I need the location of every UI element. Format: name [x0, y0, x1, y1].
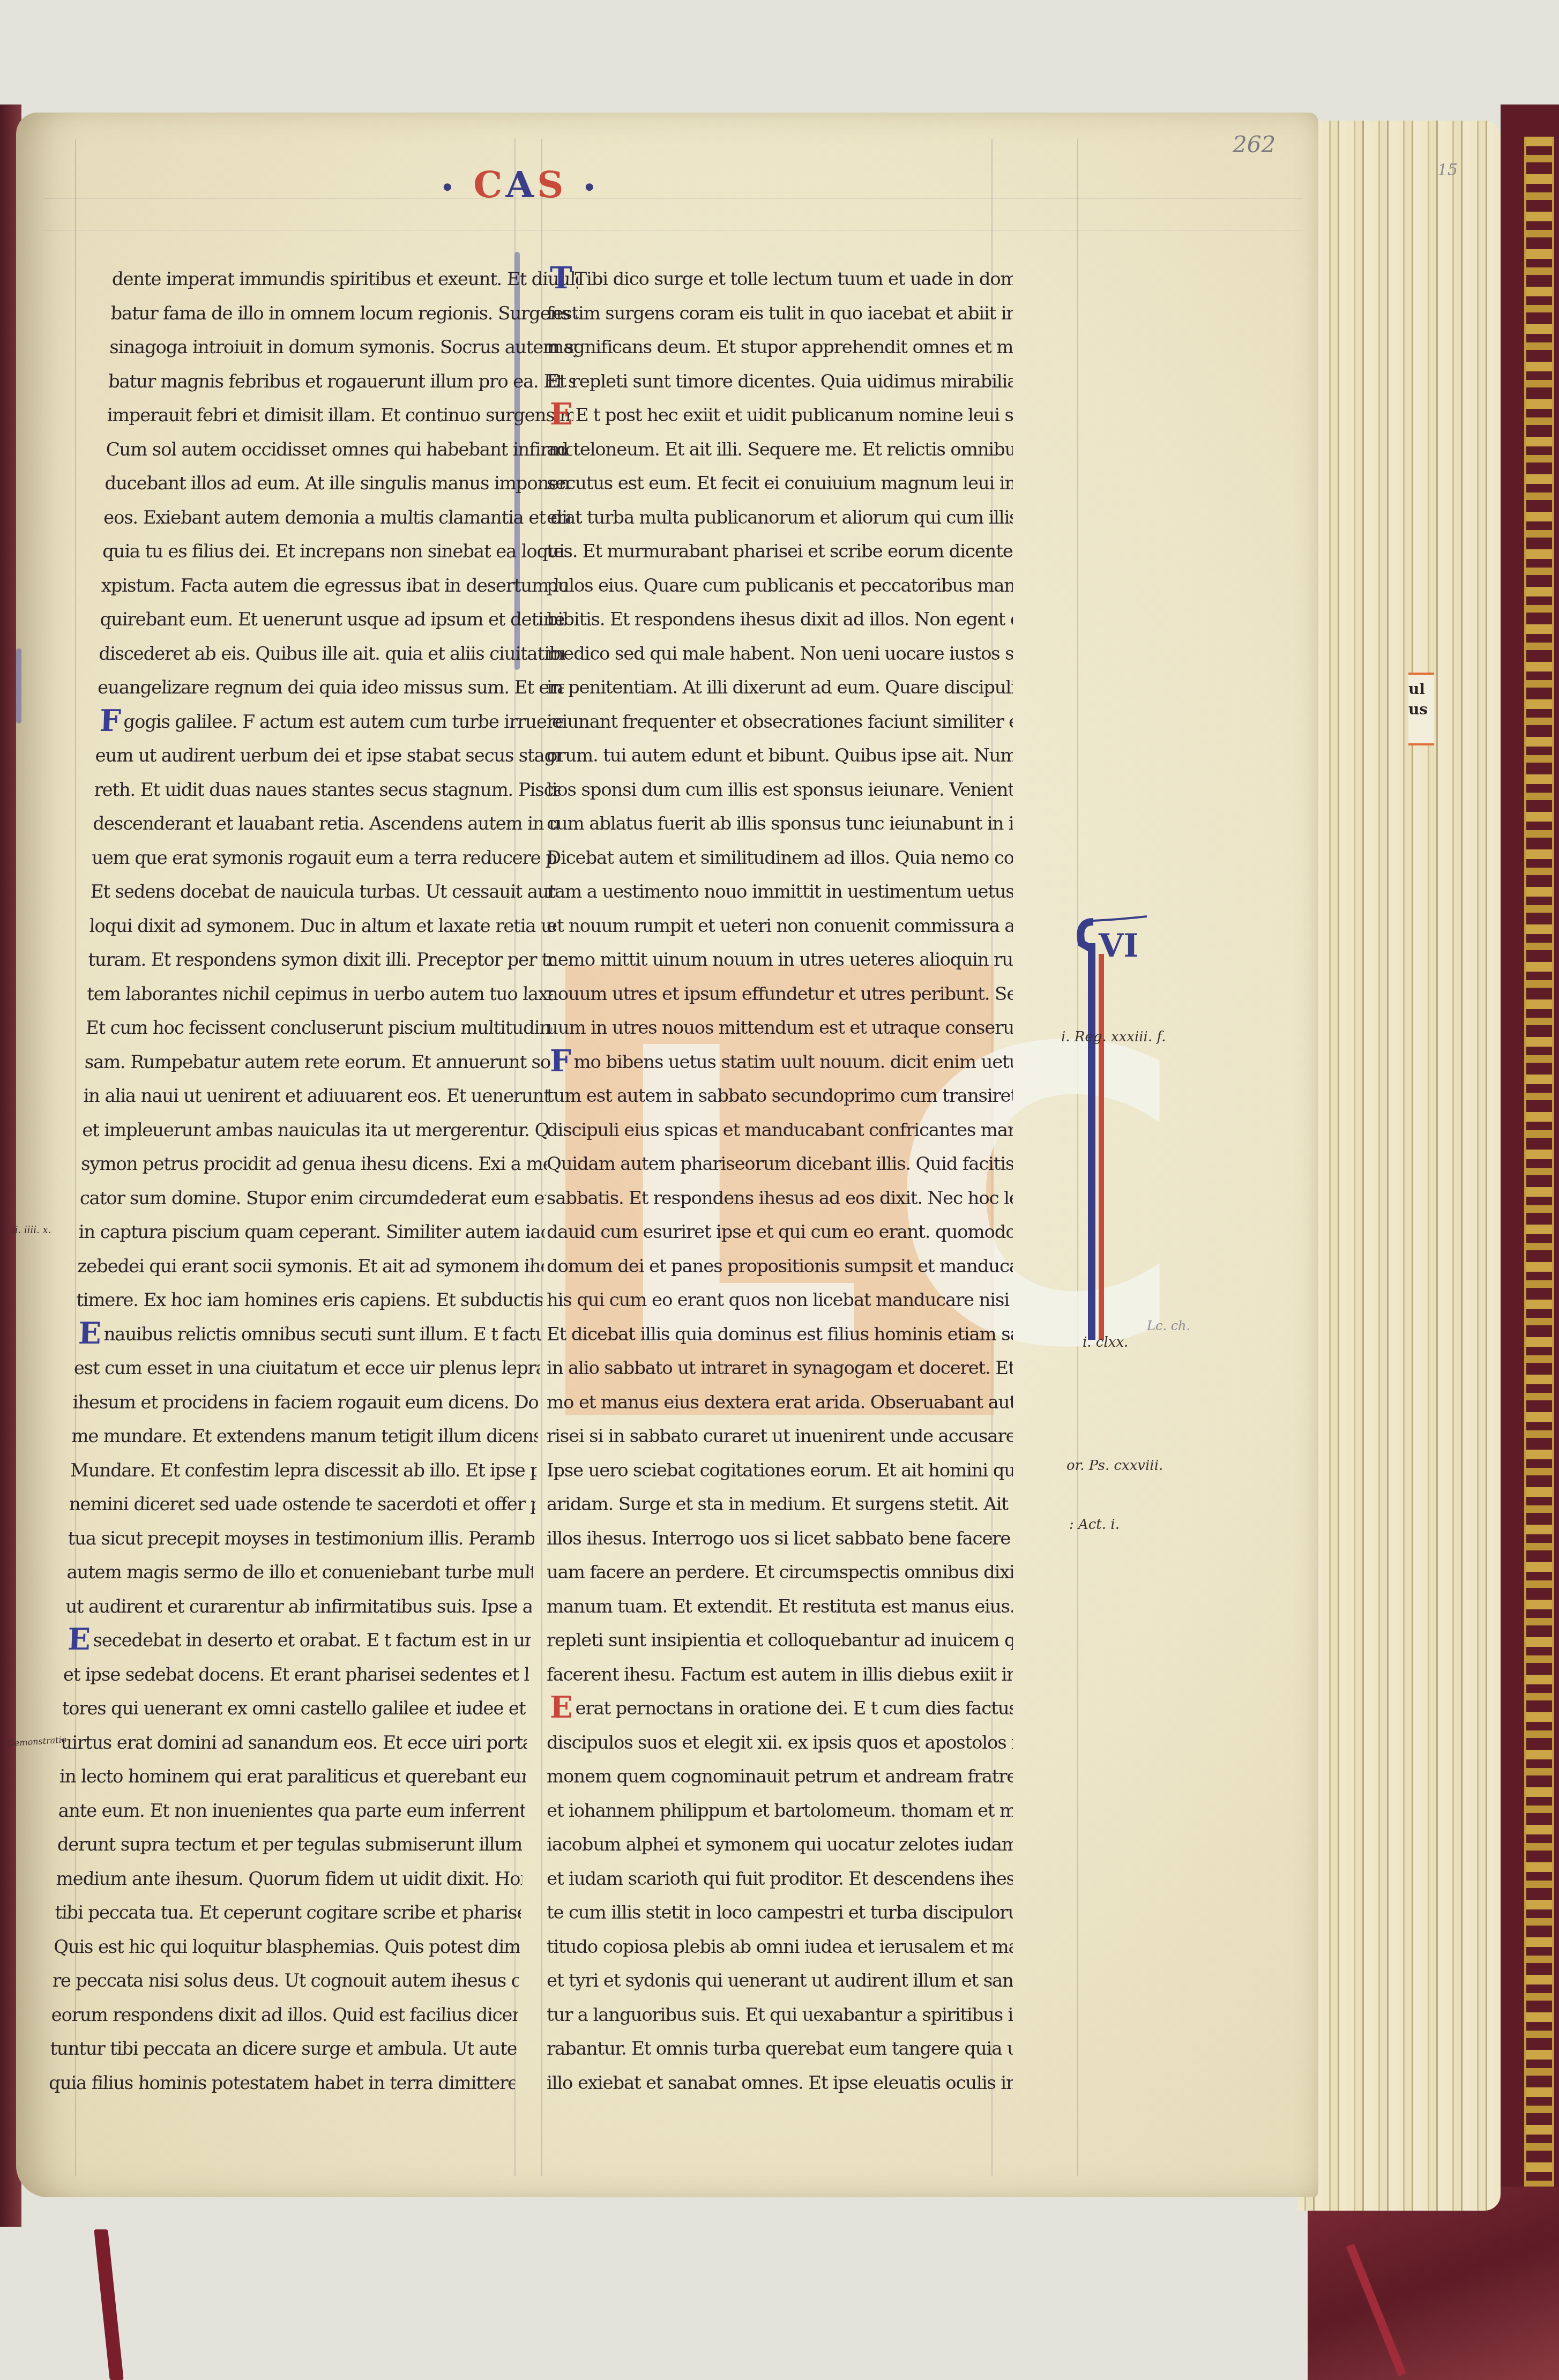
text-line: risei si in sabbato curaret ut inueniren… [547, 1420, 1013, 1454]
text-line-content: quirebant eum. Et uenerunt usque ad ipsu… [100, 609, 567, 630]
text-line: ram a uestimento nouo immittit in uestim… [547, 875, 1013, 909]
text-line-content: tur a languoribus suis. Et qui uexabantu… [547, 2004, 1013, 2026]
text-line-content: Quis est hic qui loquitur blasphemias. Q… [53, 1936, 520, 1958]
text-line-content: in alio sabbato ut intraret in synagogam… [547, 1357, 1013, 1379]
text-line-content: sam. Rumpebatur autem rete eorum. Et ann… [84, 1051, 551, 1073]
text-line-content: in alia naui ut uenirent et adiuuarent e… [83, 1085, 550, 1107]
text-line-content: xpistum. Facta autem die egressus ibat i… [101, 575, 568, 596]
text-line: batur fama de illo in omnem locum region… [110, 297, 577, 331]
text-line-content: eos. Exiebant autem demonia a multis cla… [103, 507, 571, 528]
text-line: aridam. Surge et sta in medium. Et surge… [547, 1488, 1013, 1522]
text-line: Fmo bibens uetus statim uult nouum. dici… [547, 1046, 1013, 1080]
text-line-content: ieiunant frequenter et obsecrationes fac… [547, 711, 1013, 733]
text-line-content: his qui cum eo erant quos non licebat ma… [547, 1289, 1013, 1311]
text-line-content: cator sum domine. Stupor enim circumdede… [79, 1188, 547, 1209]
text-line: et iudam scarioth qui fuit proditor. Et … [547, 1862, 1013, 1897]
text-line-content: ihesum et procidens in faciem rogauit eu… [72, 1392, 540, 1413]
text-line-content: in penitentiam. At illi dixerunt ad eum.… [547, 677, 1013, 698]
text-line: descenderant et lauabant retia. Ascenden… [92, 807, 560, 841]
text-line-content: batur magnis febribus et rogauerunt illu… [108, 371, 575, 392]
running-head-letter: S [537, 163, 566, 206]
text-line: xpistum. Facta autem die egressus ibat i… [101, 569, 568, 603]
text-line: his qui cum eo erant quos non licebat ma… [547, 1284, 1013, 1318]
text-line-content: est cum esset in una ciuitatum et ecce u… [73, 1357, 541, 1379]
text-line: est cum esset in una ciuitatum et ecce u… [73, 1352, 541, 1386]
text-line-content: Dicebat autem et similitudinem ad illos.… [547, 847, 1013, 869]
text-line-content: in captura piscium quam ceperant. Simili… [78, 1221, 546, 1243]
text-line-content: euangelizare regnum dei quia ideo missus… [97, 677, 564, 698]
text-line: dauid cum esuriret ipse et qui cum eo er… [547, 1215, 1013, 1250]
text-line-content: repleti sunt insipientia et colloquebant… [547, 1630, 1013, 1651]
text-line-content: et impleuerunt ambas nauiculas ita ut me… [82, 1120, 549, 1141]
text-line-content: te cum illis stetit in loco campestri et… [547, 1902, 1013, 1923]
text-line: Quis est hic qui loquitur blasphemias. Q… [53, 1930, 520, 1965]
text-line: domum dei et panes propositionis sumpsit… [547, 1250, 1013, 1284]
text-line-content: illo exiebat et sanabat omnes. Et ipse e… [547, 2072, 1013, 2094]
ruling-line [43, 230, 1302, 231]
text-line: turam. Et respondens symon dixit illi. P… [87, 943, 555, 978]
text-line: te cum illis stetit in loco campestri et… [547, 1896, 1013, 1930]
text-line-content: gogis galilee. F actum est autem cum tur… [123, 711, 563, 733]
book-cover-corner [1308, 2187, 1559, 2380]
text-line: et nouum rumpit et ueteri non conuenit c… [547, 909, 1013, 944]
text-line-content: eum ut audirent uerbum dei et ipse staba… [95, 745, 562, 766]
text-line: mo et manus eius dextera erat arida. Obs… [547, 1386, 1013, 1420]
text-line-content: Cum sol autem occidisset omnes qui habeb… [106, 439, 573, 460]
marginal-gloss: i. clxx. [1083, 1334, 1128, 1351]
text-line: sabbatis. Et respondens ihesus ad eos di… [547, 1182, 1013, 1216]
text-line-content: quia tu es filius dei. Et increpans non … [102, 541, 569, 562]
text-line: nouum utres et ipsum effundetur et utres… [547, 978, 1013, 1012]
text-line: erat turba multa publicanorum et aliorum… [547, 501, 1013, 535]
text-line: Ipse uero sciebat cogitationes eorum. Et… [547, 1454, 1013, 1488]
text-line-content: discederet ab eis. Quibus ille ait. quia… [99, 643, 566, 665]
neighbor-leaf-text-2: us [1408, 699, 1434, 720]
text-line: uum in utres nouos mittendum est et utra… [547, 1011, 1013, 1046]
decorated-initial: E [550, 1692, 572, 1722]
text-line: Esecedebat in deserto et orabat. E t fac… [64, 1624, 531, 1658]
text-line: Quidam autem phariseorum dicebant illis.… [547, 1147, 1013, 1182]
text-line-content: Tibi dico surge et tolle lectum tuum et … [575, 268, 1013, 290]
text-line-content: loqui dixit ad symonem. Duc in altum et … [89, 915, 556, 937]
text-line: Enauibus relictis omnibus secuti sunt il… [74, 1318, 542, 1352]
text-line-content: titudo copiosa plebis ab omni iudea et i… [547, 1936, 1013, 1958]
text-line-content: Mundare. Et confestim lepra discessit ab… [70, 1460, 537, 1481]
text-line-content: timere. Ex hoc iam homines eris capiens.… [76, 1289, 543, 1311]
text-line-content: ad teloneum. Et ait illi. Sequere me. Et… [547, 439, 1013, 460]
running-head-letter: C [473, 163, 505, 206]
text-line-content: ut audirent et curarentur ab infirmitati… [65, 1596, 533, 1617]
text-line-content: mo et manus eius dextera erat arida. Obs… [547, 1392, 1013, 1413]
text-line-content: et nouum rumpit et ueteri non conuenit c… [547, 915, 1013, 937]
text-line: cum ablatus fuerit ab illis sponsus tunc… [547, 807, 1013, 841]
text-line: nemo mittit uinum nouum in utres ueteres… [547, 943, 1013, 978]
gilt-tooling-border [1524, 137, 1554, 2254]
running-head-letter: A [505, 163, 537, 206]
text-line-content: quia filius hominis potestatem habet in … [49, 2072, 516, 2094]
text-line-content: Et repleti sunt timore dicentes. Quia ui… [547, 371, 1013, 392]
text-line: sinagoga introiuit in domum symonis. Soc… [109, 331, 576, 365]
text-line-content: Et sedens docebat de nauicula turbas. Ut… [90, 881, 557, 902]
text-line: Cum sol autem occidisset omnes qui habeb… [106, 433, 573, 467]
text-line: tuntur tibi peccata an dicere surge et a… [49, 2032, 517, 2066]
text-line-content: orum. tui autem edunt et bibunt. Quibus … [547, 745, 1013, 766]
text-line-content: monem quem cognominauit petrum et andrea… [547, 1766, 1013, 1787]
text-line-content: discipulos suos et elegit xii. ex ipsis … [547, 1732, 1013, 1754]
text-line-content: medico sed qui male habent. Non ueni uoc… [547, 643, 1013, 665]
text-line-content: et tyri et sydonis qui uenerant ut audir… [547, 1970, 1013, 1991]
text-line: illos ihesus. Interrogo uos si licet sab… [547, 1522, 1013, 1556]
text-line-content: tua sicut precepit moyses in testimonium… [68, 1528, 535, 1549]
text-line: dente imperat immundis spiritibus et exe… [111, 263, 579, 297]
text-line: ieiunant frequenter et obsecrationes fac… [547, 705, 1013, 740]
text-line: in captura piscium quam ceperant. Simili… [78, 1215, 546, 1250]
decorated-initial: F [550, 1046, 571, 1076]
text-line-content: erat turba multa publicanorum et aliorum… [547, 507, 1013, 528]
text-line: discipulos suos et elegit xii. ex ipsis … [547, 1726, 1013, 1760]
text-line: imperauit febri et dimisit illam. Et con… [107, 399, 574, 433]
text-line: tua sicut precepit moyses in testimonium… [68, 1522, 535, 1556]
text-line-content: Ipse uero sciebat cogitationes eorum. Et… [547, 1460, 1013, 1481]
text-line-content: illos ihesus. Interrogo uos si licet sab… [547, 1528, 1013, 1549]
text-line: eorum respondens dixit ad illos. Quid es… [51, 1998, 518, 2033]
text-line: uem que erat symonis rogauit eum a terra… [91, 841, 558, 876]
neighbor-leaf-text-1: ul [1408, 679, 1434, 699]
text-line-content: bibitis. Et respondens ihesus dixit ad i… [547, 609, 1013, 630]
page-block-edges [1297, 121, 1501, 2211]
text-line-content: medium ante ihesum. Quorum fidem ut uidi… [56, 1868, 523, 1890]
text-line: Fgogis galilee. F actum est autem cum tu… [96, 705, 563, 740]
text-line: Et repleti sunt timore dicentes. Quia ui… [547, 365, 1013, 399]
text-line: facerent ihesu. Factum est autem in illi… [547, 1658, 1013, 1692]
text-line-content: uirtus erat domini ad sanandum eos. Et e… [61, 1732, 528, 1754]
text-line-content: eorum respondens dixit ad illos. Quid es… [51, 2004, 518, 2026]
text-line-content: cum ablatus fuerit ab illis sponsus tunc… [547, 813, 1013, 834]
text-line: pulos eius. Quare cum publicanis et pecc… [547, 569, 1013, 603]
text-line: tibi peccata tua. Et ceperunt cogitare s… [54, 1896, 521, 1930]
text-line: tes. Et murmurabant pharisei et scribe e… [547, 535, 1013, 569]
book-cover-right [1501, 105, 1559, 2312]
text-line-content: ante eum. Et non inuenientes qua parte e… [58, 1800, 525, 1822]
text-line: eos. Exiebant autem demonia a multis cla… [103, 501, 570, 535]
text-line: TTibi dico surge et tolle lectum tuum et… [547, 263, 1013, 297]
text-line-content: nemini diceret sed uade ostende te sacer… [69, 1494, 536, 1515]
text-line: in alio sabbato ut intraret in synagogam… [547, 1352, 1013, 1386]
text-line-content: facerent ihesu. Factum est autem in illi… [547, 1664, 1013, 1685]
text-line: Eerat pernoctans in oratione dei. E t cu… [547, 1692, 1013, 1726]
text-line-content: et iohannem philippum et bartolomeum. th… [547, 1800, 1013, 1822]
text-line-content: mo bibens uetus statim uult nouum. dicit… [574, 1051, 1013, 1073]
decorated-initial: E [550, 399, 572, 429]
text-line: batur magnis febribus et rogauerunt illu… [108, 365, 575, 399]
text-line-content: Et dicebat illis quia dominus est filius… [547, 1324, 1013, 1345]
folio-number: 262 [1233, 131, 1275, 158]
text-line-content: et ipse sedebat docens. Et erant pharise… [63, 1664, 530, 1685]
text-line: uam facere an perdere. Et circumspectis … [547, 1556, 1013, 1590]
text-line: Et sedens docebat de nauicula turbas. Ut… [90, 875, 557, 909]
text-line: ad teloneum. Et ait illi. Sequere me. Et… [547, 433, 1013, 467]
text-line-content: secedebat in deserto et orabat. E t fact… [93, 1630, 531, 1651]
text-line: rabantur. Et omnis turba querebat eum ta… [547, 2032, 1013, 2066]
text-line: repleti sunt insipientia et colloquebant… [547, 1624, 1013, 1658]
text-line: symon petrus procidit ad genua ihesu dic… [80, 1147, 548, 1182]
chapter-initial-icon [1072, 911, 1147, 1340]
text-line-content: nauibus relictis omnibus secuti sunt ill… [103, 1324, 542, 1345]
text-line-content: tores qui uenerant ex omni castello gali… [62, 1698, 529, 1719]
text-line: in alia naui ut uenirent et adiuuarent e… [83, 1079, 550, 1114]
text-line-content: derunt supra tectum et per tegulas submi… [57, 1834, 524, 1855]
text-line: tem laborantes nichil cepimus in uerbo a… [86, 978, 554, 1012]
text-line: timere. Ex hoc iam homines eris capiens.… [76, 1284, 543, 1318]
pencil-note: Lc. ch. [1147, 1318, 1190, 1333]
text-line-content: Et cum hoc fecissent concluserunt pisciu… [85, 1017, 553, 1039]
text-line: tores qui uenerant ex omni castello gali… [62, 1692, 529, 1726]
text-line: lios sponsi dum cum illis est sponsus ie… [547, 773, 1013, 808]
text-line: loqui dixit ad symonem. Duc in altum et … [89, 909, 556, 944]
text-line-content: re peccata nisi solus deus. Ut cognouit … [52, 1970, 519, 1991]
decorated-initial: F [99, 706, 121, 736]
text-line: Mundare. Et confestim lepra discessit ab… [70, 1454, 537, 1488]
text-line: secutus est eum. Et fecit ei conuiuium m… [547, 467, 1013, 501]
text-column-right: TTibi dico surge et tolle lectum tuum et… [547, 263, 1013, 2100]
text-line-content: ram a uestimento nouo immittit in uestim… [547, 881, 1013, 902]
text-line-content: rabantur. Et omnis turba querebat eum ta… [547, 2038, 1013, 2060]
text-line-content: secutus est eum. Et fecit ei conuiuium m… [547, 473, 1013, 494]
decorated-initial: E [78, 1318, 101, 1348]
text-line: et tyri et sydonis qui uenerant ut audir… [547, 1964, 1013, 1998]
text-line: eum ut audirent uerbum dei et ipse staba… [95, 739, 562, 773]
text-line: autem magis sermo de illo et conuenieban… [66, 1556, 533, 1590]
text-line: in penitentiam. At illi dixerunt ad eum.… [547, 671, 1013, 705]
text-line-content: tibi peccata tua. Et ceperunt cogitare s… [55, 1902, 522, 1923]
text-line: me mundare. Et extendens manum tetigit i… [71, 1420, 538, 1454]
text-line-content: sinagoga introiuit in domum symonis. Soc… [109, 337, 577, 358]
text-line-content: dauid cum esuriret ipse et qui cum eo er… [547, 1221, 1013, 1243]
text-line-content: in lecto hominem qui erat paraliticus et… [59, 1766, 527, 1787]
decorated-initial: E [67, 1624, 90, 1654]
text-line: derunt supra tectum et per tegulas submi… [57, 1828, 524, 1862]
text-line: Dicebat autem et similitudinem ad illos.… [547, 841, 1013, 876]
chapter-number: VI [1099, 927, 1139, 965]
text-line: monem quem cognominauit petrum et andrea… [547, 1760, 1013, 1794]
text-line: sam. Rumpebatur autem rete eorum. Et ann… [84, 1046, 551, 1080]
marginal-gloss: ii. iiii. x. [12, 1225, 51, 1236]
text-line: euangelizare regnum dei quia ideo missus… [97, 671, 564, 705]
ruling-line [43, 198, 1302, 199]
text-line: tur a languoribus suis. Et qui uexabantu… [547, 1998, 1013, 2033]
text-line-content: tum est autem in sabbato secundoprimo cu… [547, 1085, 1013, 1107]
text-line: reth. Et uidit duas naues stantes secus … [93, 773, 561, 808]
marginal-gloss: i. Reg. xxxiii. f. [1061, 1029, 1166, 1045]
text-line: tum est autem in sabbato secundoprimo cu… [547, 1079, 1013, 1114]
text-line: et iohannem philippum et bartolomeum. th… [547, 1794, 1013, 1829]
running-head: • CAS • [441, 163, 600, 206]
text-line: uirtus erat domini ad sanandum eos. Et e… [60, 1726, 527, 1760]
text-line: ihesum et procidens in faciem rogauit eu… [72, 1386, 539, 1420]
text-line-content: festim surgens coram eis tulit in quo ia… [547, 303, 1013, 324]
decorated-initial: T [550, 263, 571, 293]
text-line: ducebant illos ad eum. At ille singulis … [104, 467, 571, 501]
text-line-content: imperauit febri et dimisit illam. Et con… [107, 405, 574, 426]
text-line: magnificans deum. Et stupor apprehendit … [547, 331, 1013, 365]
folio-number-secondary: 15 [1437, 161, 1458, 180]
flourish-decoration [16, 648, 21, 723]
text-line: discederet ab eis. Quibus ille ait. quia… [98, 637, 565, 672]
text-line-content: me mundare. Et extendens manum tetigit i… [71, 1426, 539, 1447]
text-line-content: turam. Et respondens symon dixit illi. P… [88, 949, 555, 971]
text-line: nemini diceret sed uade ostende te sacer… [69, 1488, 536, 1522]
text-line-content: aridam. Surge et sta in medium. Et surge… [547, 1494, 1013, 1515]
text-line-content: pulos eius. Quare cum publicanis et pecc… [547, 575, 1013, 596]
text-line: iacobum alphei et symonem qui uocatur ze… [547, 1828, 1013, 1862]
text-line: Et dicebat illis quia dominus est filius… [547, 1318, 1013, 1352]
text-line: cator sum domine. Stupor enim circumdede… [79, 1182, 547, 1216]
text-line: zebedei qui erant socii symonis. Et ait … [77, 1250, 544, 1284]
text-line: orum. tui autem edunt et bibunt. Quibus … [547, 739, 1013, 773]
text-line: quirebant eum. Et uenerunt usque ad ipsu… [99, 603, 566, 637]
text-line: manum tuam. Et extendit. Et restituta es… [547, 1590, 1013, 1624]
text-line: ut audirent et curarentur ab infirmitati… [65, 1590, 532, 1624]
text-line: et ipse sedebat docens. Et erant pharise… [63, 1658, 530, 1692]
text-line: festim surgens coram eis tulit in quo ia… [547, 297, 1013, 331]
text-line-content: reth. Et uidit duas naues stantes secus … [94, 779, 561, 801]
marginal-gloss: or. Ps. cxxviii. [1066, 1458, 1163, 1474]
text-line-content: symon petrus procidit ad genua ihesu dic… [80, 1153, 548, 1175]
text-line: re peccata nisi solus deus. Ut cognouit … [52, 1964, 519, 1998]
text-line-content: zebedei qui erant socii symonis. Et ait … [77, 1256, 544, 1277]
text-line-content: dente imperat immundis spiritibus et exe… [111, 268, 579, 290]
text-line-content: batur fama de illo in omnem locum region… [110, 303, 578, 324]
text-line-content: Quidam autem phariseorum dicebant illis.… [547, 1153, 1013, 1175]
text-line-content: ducebant illos ad eum. At ille singulis … [105, 473, 572, 494]
text-line: et impleuerunt ambas nauiculas ita ut me… [81, 1114, 549, 1148]
text-line-content: uum in utres nouos mittendum est et utra… [547, 1017, 1013, 1039]
text-line-content: nemo mittit uinum nouum in utres ueteres… [547, 949, 1013, 971]
text-line-content: lios sponsi dum cum illis est sponsus ie… [547, 779, 1013, 801]
marginal-gloss: : Act. i. [1069, 1517, 1120, 1533]
text-line: illo exiebat et sanabat omnes. Et ipse e… [547, 2066, 1013, 2101]
text-line-content: uam facere an perdere. Et circumspectis … [547, 1562, 1013, 1583]
text-line-content: sabbatis. Et respondens ihesus ad eos di… [547, 1188, 1013, 1209]
text-line: EE t post hec exiit et uidit publicanum … [547, 399, 1013, 433]
text-line: discipuli eius spicas et manducabant con… [547, 1114, 1013, 1148]
running-head-dot: • [441, 175, 458, 200]
text-line-content: tes. Et murmurabant pharisei et scribe e… [547, 541, 1013, 562]
text-line: quia filius hominis potestatem habet in … [48, 2066, 516, 2101]
text-line: Et cum hoc fecissent concluserunt pisciu… [85, 1011, 553, 1046]
text-line: titudo copiosa plebis ab omni iudea et i… [547, 1930, 1013, 1965]
text-line-content: erat pernoctans in oratione dei. E t cum… [575, 1698, 1013, 1719]
text-line: bibitis. Et respondens ihesus dixit ad i… [547, 603, 1013, 637]
running-head-dot: • [583, 175, 600, 200]
text-line-content: tem laborantes nichil cepimus in uerbo a… [87, 983, 554, 1005]
text-line-content: risei si in sabbato curaret ut inueniren… [547, 1426, 1013, 1447]
text-line-content: nouum utres et ipsum effundetur et utres… [547, 983, 1013, 1005]
text-line: medium ante ihesum. Quorum fidem ut uidi… [55, 1862, 523, 1897]
text-line-content: domum dei et panes propositionis sumpsit… [547, 1256, 1013, 1277]
ribbon-bookmark[interactable] [94, 2229, 124, 2380]
text-line: in lecto hominem qui erat paraliticus et… [59, 1760, 526, 1794]
text-line-content: autem magis sermo de illo et conuenieban… [66, 1562, 534, 1583]
text-line-content: manum tuam. Et extendit. Et restituta es… [547, 1596, 1013, 1617]
text-line-content: E t post hec exiit et uidit publicanum n… [575, 405, 1013, 426]
text-line: quia tu es filius dei. Et increpans non … [102, 535, 569, 569]
text-line-content: descenderant et lauabant retia. Ascenden… [93, 813, 560, 834]
text-line: medico sed qui male habent. Non ueni uoc… [547, 637, 1013, 672]
text-line-content: tuntur tibi peccata an dicere surge et a… [50, 2038, 517, 2060]
text-line-content: uem que erat symonis rogauit eum a terra… [91, 847, 558, 869]
neighbor-leaf-fragment: ul us [1408, 673, 1434, 745]
text-line-content: et iudam scarioth qui fuit proditor. Et … [547, 1868, 1013, 1890]
text-column-left: dente imperat immundis spiritibus et exe… [48, 263, 579, 2100]
text-line-content: iacobum alphei et symonem qui uocatur ze… [547, 1834, 1013, 1855]
text-line-content: discipuli eius spicas et manducabant con… [547, 1120, 1013, 1141]
text-line-content: magnificans deum. Et stupor apprehendit … [547, 337, 1013, 358]
text-line: ante eum. Et non inuenientes qua parte e… [58, 1794, 525, 1829]
